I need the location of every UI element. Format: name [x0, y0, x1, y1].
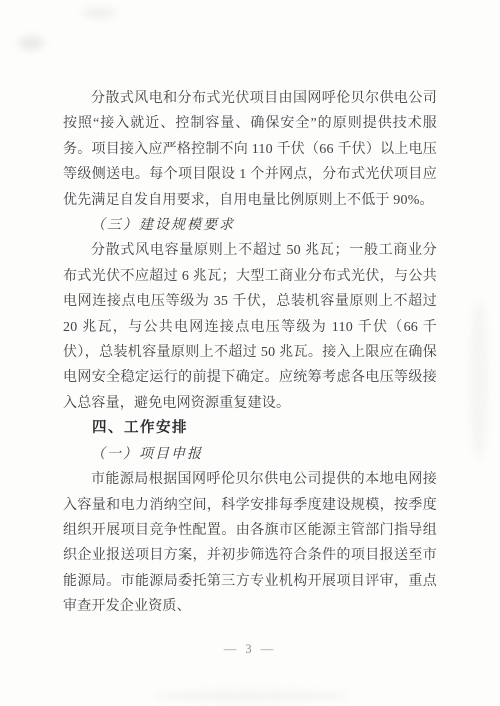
- paragraph-technical-service: 分散式风电和分布式光伏项目由国网呼伦贝尔供电公司按照“接入就近、控制容量、确保安…: [63, 86, 437, 213]
- paragraph-project-application: 市能源局根据国网呼伦贝尔供电公司提供的本地电网接入容量和电力消纳空间，科学安排每…: [63, 467, 437, 619]
- scan-smudge: [82, 8, 116, 18]
- paragraph-scale-requirements: 分散式风电容量原则上不超过 50 兆瓦；一般工商业分布式光伏不应超过 6 兆瓦；…: [63, 238, 437, 416]
- page-number: — 3 —: [0, 642, 500, 657]
- heading-work-arrangement: 四、工作安排: [63, 416, 437, 441]
- scan-smudge: [150, 690, 350, 702]
- document-page: { "document": { "paragraph_technical_ser…: [0, 0, 500, 706]
- scan-smudge: [18, 36, 44, 50]
- heading-construction-scale: （三）建设规模要求: [63, 213, 437, 238]
- page-body: 分散式风电和分布式光伏项目由国网呼伦贝尔供电公司按照“接入就近、控制容量、确保安…: [63, 86, 437, 620]
- heading-project-application: （一）项目申报: [63, 442, 437, 467]
- scan-smudge: [470, 300, 488, 460]
